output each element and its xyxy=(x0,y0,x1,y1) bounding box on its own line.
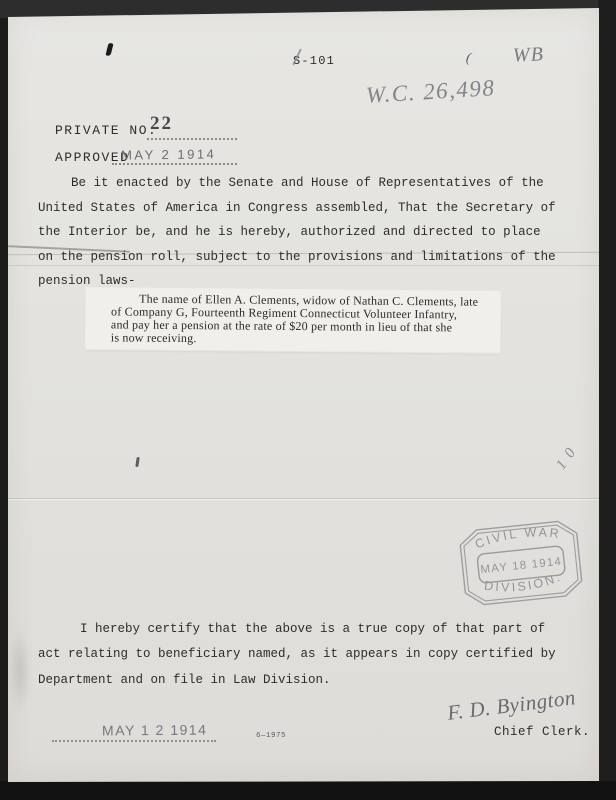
print-code: 6—1975 xyxy=(256,732,286,740)
paper-crease-lower-light xyxy=(8,499,600,500)
dotted-rule-received-date xyxy=(52,740,216,742)
signer-title: Chief Clerk. xyxy=(494,725,590,739)
scan-border-right xyxy=(598,0,616,800)
approved-date-stamp: MAY 2 1914 xyxy=(121,146,217,162)
clerk-initials-note: WB xyxy=(512,43,544,68)
dotted-rule-approved xyxy=(112,163,237,165)
dotted-rule-private-no xyxy=(147,138,237,140)
received-date-stamp: MAY 1 2 1914 xyxy=(102,722,208,739)
private-no-value: 22 xyxy=(150,113,173,135)
scan-border-bottom xyxy=(0,781,616,800)
form-number: S-101 xyxy=(293,54,335,68)
paper-smudge xyxy=(9,628,31,713)
pasted-clipping: The name of Ellen A. Clements, widow of … xyxy=(86,288,501,352)
scanned-document-page: S-101 ( WB W.C. 26,498 PRIVATE NO. 22 AP… xyxy=(0,0,616,800)
certification-paragraph: I hereby certify that the above is a tru… xyxy=(38,617,580,693)
private-no-label: PRIVATE NO. xyxy=(55,123,157,138)
act-paragraph: Be it enacted by the Senate and House of… xyxy=(38,171,580,294)
civil-war-division-stamp: CIVIL WAR MAY 18 1914 DIVISION. xyxy=(457,518,584,608)
